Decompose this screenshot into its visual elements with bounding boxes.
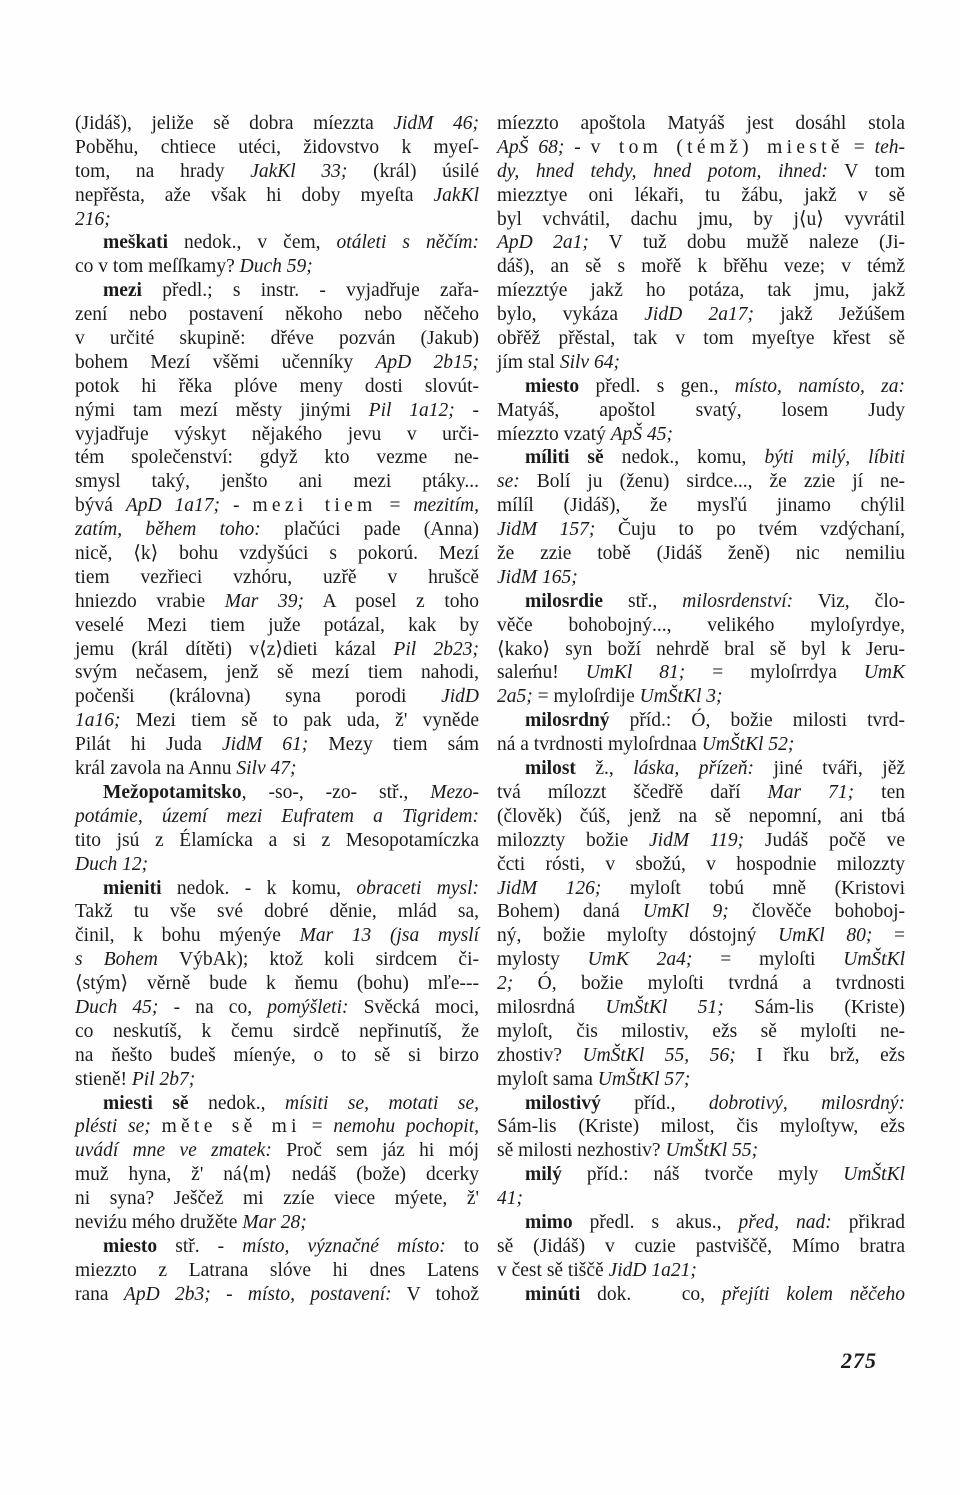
text-segment: = myloſrdije bbox=[533, 686, 640, 707]
text-line: tvá mílozzt ščedřě daří Mar 71; ten bbox=[497, 781, 905, 805]
text-segment: ⟨stým⟩ věrně bude k ňemu (bohu) mľe--- bbox=[75, 973, 479, 994]
text-segment: nedok., bbox=[189, 1093, 285, 1114]
text-segment: stř. - bbox=[157, 1236, 242, 1257]
text-segment: bylo, vykáza bbox=[497, 304, 644, 325]
text-segment: obřěž přěstal, tak v tom myeſtye křest s… bbox=[497, 328, 905, 349]
text-segment: Viz, člo- bbox=[793, 591, 905, 612]
text-line: co neskutíš, k čemu sirdcě nepřinutíš, ž… bbox=[75, 1020, 479, 1044]
text-line: míezzto vzatý ApŠ 45; bbox=[497, 423, 905, 447]
dictionary-column-left: (Jidáš), jeliže sě dobra míezzta JidM 46… bbox=[75, 112, 479, 1307]
text-line: v určité skupině: dřéve pozván (Jakub) bbox=[75, 327, 479, 351]
text-segment: myloſt tobú mně (Kristovi bbox=[601, 878, 905, 899]
text-line: že zzie tobě (Jidáš ženě) nic nemiliu bbox=[497, 542, 905, 566]
text-line: byl vchvátil, dachu jmu, by j⟨u⟩ vyvráti… bbox=[497, 208, 905, 232]
text-line: Takž tu vše své dobré děnie, mlád sa, bbox=[75, 900, 479, 924]
text-segment: V tuž dobu mužě naleze (Ji- bbox=[589, 232, 905, 253]
text-line: miesto předl. s gen., místo, namísto, za… bbox=[497, 375, 905, 399]
text-segment: stř., bbox=[603, 591, 682, 612]
text-segment: přejíti kolem něčeho bbox=[722, 1284, 905, 1305]
text-segment: ApD 2a1; bbox=[497, 232, 589, 253]
text-line: uvádí mne ve zmatek: Proč sem jáz hi mój bbox=[75, 1139, 479, 1163]
text-line: 1a16; Mezi tiem sě to pak uda, ž' vyněde bbox=[75, 709, 479, 733]
text-line: svým nečasem, jenž sě mezí tiem nahodi, bbox=[75, 661, 479, 685]
text-segment: = myloſrrdya bbox=[685, 662, 864, 683]
text-segment: láska, přízeň: bbox=[633, 758, 754, 779]
text-segment: král zavola na Annu bbox=[75, 758, 236, 779]
text-segment: Mar 39; bbox=[225, 591, 304, 612]
text-segment: vyjadřuje výskyt nějakého jevu v urči- bbox=[75, 424, 479, 445]
text-line: tém společenství: gdyž kto vezme ne- bbox=[75, 446, 479, 470]
text-segment: Mezi tiem sě to pak uda, ž' vyněde bbox=[121, 710, 480, 731]
text-segment: V tom bbox=[828, 161, 905, 182]
text-segment: ApŠ 68; bbox=[497, 137, 564, 158]
text-segment: V tohož bbox=[392, 1284, 479, 1305]
text-segment: Pil 2b7; bbox=[132, 1069, 195, 1090]
dictionary-column-right: míezzto apoštola Matyáš jest dosáhl stol… bbox=[497, 112, 905, 1307]
text-line: ⟨kako⟩ syn boží nehrdě bral sě byl k Jer… bbox=[497, 638, 905, 662]
text-line: hniezdo vrabie Mar 39; A posel z toho bbox=[75, 590, 479, 614]
text-segment: Mar 28; bbox=[242, 1212, 306, 1233]
text-segment: smysl taký, jenšto ani mezi ptáky... bbox=[75, 471, 479, 492]
text-line: JidM 157; Čuju to po tvém vzdýchaní, bbox=[497, 518, 905, 542]
text-segment: UmKl 80; bbox=[778, 925, 872, 946]
text-line: zhostiv? UmŠtKl 55, 56; I řku brž, ežs bbox=[497, 1044, 905, 1068]
text-line: JidM 126; myloſt tobú mně (Kristovi bbox=[497, 877, 905, 901]
headword: minúti bbox=[525, 1284, 580, 1305]
text-segment: předl.; s instr. - vyjadřuje zařa- bbox=[142, 280, 479, 301]
text-line: milostivý příd., dobrotivý, milosrdný: bbox=[497, 1092, 905, 1116]
text-segment: jiné tváři, jěž bbox=[754, 758, 905, 779]
text-line: 41; bbox=[497, 1187, 905, 1211]
text-segment: UmŠtKl 55, 56; bbox=[583, 1045, 736, 1066]
text-line: ApD 2a1; V tuž dobu mužě naleze (Ji- bbox=[497, 231, 905, 255]
text-segment: měte sě mi bbox=[162, 1116, 301, 1137]
text-segment: (Jidáš), jeliže sě dobra míezzta bbox=[75, 113, 393, 134]
text-segment: JidM 61; bbox=[222, 734, 308, 755]
text-segment: (člověk) čúš, jenž na sě nepomní, ani tb… bbox=[497, 806, 905, 827]
text-line: věče bohobojný..., velikého myloſyrdye, bbox=[497, 614, 905, 638]
text-segment: ten bbox=[854, 782, 905, 803]
text-line: na ňešto budeš míenýe, o to sě si birzo bbox=[75, 1044, 479, 1068]
text-segment: milosrdná bbox=[497, 997, 606, 1018]
text-segment: jakž Ježúšem bbox=[754, 304, 905, 325]
text-line: se: Bolí ju (ženu) sirdce..., že zzie jí… bbox=[497, 470, 905, 494]
text-segment: místo, namísto, za: bbox=[735, 376, 905, 397]
text-segment: stieně! bbox=[75, 1069, 132, 1090]
text-segment: ⟨kako⟩ syn boží nehrdě bral sě byl k Jer… bbox=[497, 639, 905, 660]
text-line: bývá ApD 1a17; - mezi tiem = mezitím, bbox=[75, 494, 479, 518]
text-line: míezztýe jakž ho potáza, tak jmu, jakž bbox=[497, 279, 905, 303]
text-line: mezi předl.; s instr. - vyjadřuje zařa- bbox=[75, 279, 479, 303]
text-segment: saleḿu! bbox=[497, 662, 586, 683]
text-line: nicě, ⟨k⟩ bohu vzdyšúci s pokorú. Mezí bbox=[75, 542, 479, 566]
text-line: dáš), an sě s mořě k břěhu veze; v témž bbox=[497, 255, 905, 279]
text-line: bohem Mezí všěmi učenníky ApD 2b15; bbox=[75, 351, 479, 375]
text-line: Matyáš, apoštol svatý, losem Judy bbox=[497, 399, 905, 423]
text-segment: Proč sem jáz hi mój bbox=[272, 1140, 479, 1161]
text-segment: = bbox=[377, 495, 414, 516]
text-segment: nými tam mezí městy jinými bbox=[75, 400, 369, 421]
text-segment: ApD 2b15; bbox=[375, 352, 479, 373]
text-segment: předl. s akus., bbox=[573, 1212, 739, 1233]
text-segment: JidM 165; bbox=[497, 567, 578, 588]
text-line: (člověk) čúš, jenž na sě nepomní, ani tb… bbox=[497, 805, 905, 829]
text-segment: otáleti s něčím: bbox=[337, 232, 479, 253]
text-line: 216; bbox=[75, 208, 479, 232]
text-segment: mísiti se, motati se, bbox=[285, 1093, 479, 1114]
text-segment: míezzto apoštola Matyáš jest dosáhl stol… bbox=[497, 113, 905, 134]
headword: miesti sě bbox=[103, 1093, 189, 1114]
text-segment: plésti se; bbox=[75, 1116, 151, 1137]
text-segment: míezzto vzatý bbox=[497, 424, 611, 445]
text-line: mimo předl. s akus., před, nad: přikrad bbox=[497, 1211, 905, 1235]
text-segment: sě (Jidáš) v cuzie pastviščě, Mímo bratr… bbox=[497, 1236, 905, 1257]
text-segment: nepřěsta, aže však hi doby myeſta bbox=[75, 185, 434, 206]
text-segment: počenši (královna) syna porodi bbox=[75, 686, 441, 707]
text-line: zatím, během toho: plačúci pade (Anna) bbox=[75, 518, 479, 542]
text-line: míezzto apoštola Matyáš jest dosáhl stol… bbox=[497, 112, 905, 136]
text-segment: JakKl bbox=[434, 185, 479, 206]
headword: Mežopotamitsko bbox=[103, 782, 242, 803]
text-line: dy, hned tehdy, hned potom, ihned: V tom bbox=[497, 160, 905, 184]
text-segment: teh- bbox=[875, 137, 905, 158]
text-line: mylosty UmK 2a4; = myloſti UmŠtKl bbox=[497, 948, 905, 972]
text-segment: tiem vezřieci vzhóru, uzřě v hrušcě bbox=[75, 567, 479, 588]
text-line: Bohem) daná UmKl 9; člověče bohoboj- bbox=[497, 900, 905, 924]
text-segment: Bohem) daná bbox=[497, 901, 643, 922]
text-line: v čest sě tiščě JidD 1a21; bbox=[497, 1259, 905, 1283]
text-segment: nedok., komu, bbox=[604, 447, 765, 468]
text-segment: co v tom meſſkamy? bbox=[75, 256, 240, 277]
text-segment: Pil 1a12; bbox=[369, 400, 455, 421]
text-segment: to bbox=[446, 1236, 479, 1257]
text-segment: JidM 157; bbox=[497, 519, 595, 540]
text-segment: tvá mílozzt ščedřě daří bbox=[497, 782, 768, 803]
text-line: saleḿu! UmKl 81; = myloſrrdya UmK bbox=[497, 661, 905, 685]
text-line: počenši (královna) syna porodi JidD bbox=[75, 685, 479, 709]
text-segment: mílíl (Jidáš), že mysľú jinamo chýlil bbox=[497, 495, 905, 516]
text-line: zení nebo postavení někoho nebo něčeho bbox=[75, 303, 479, 327]
text-segment: - bbox=[455, 400, 479, 421]
text-line: Poběhu, chtiece utéci, židovstvo k myeſ- bbox=[75, 136, 479, 160]
text-line: miesti sě nedok., mísiti se, motati se, bbox=[75, 1092, 479, 1116]
text-segment: rana bbox=[75, 1284, 124, 1305]
text-segment: tito jsú z Élamícka a si z Mesopotamíczk… bbox=[75, 830, 479, 851]
text-segment: příd.: náš tvorče myly bbox=[562, 1164, 843, 1185]
text-segment: = bbox=[301, 1116, 334, 1137]
text-segment: UmKl 81; bbox=[586, 662, 686, 683]
text-segment: UmŠtKl 3; bbox=[640, 686, 723, 707]
text-segment: jemu (král dítěti) v⟨z⟩dieti kázal bbox=[75, 639, 393, 660]
text-segment: nedok., v čem, bbox=[168, 232, 337, 253]
text-segment: UmŠtKl 55; bbox=[665, 1140, 758, 1161]
headword: mezi bbox=[103, 280, 142, 301]
headword: míliti sě bbox=[525, 447, 604, 468]
text-segment: Duch 59; bbox=[240, 256, 313, 277]
text-segment: muž hyna, ž' ná⟨m⟩ nedáš (bože) dcerky bbox=[75, 1164, 479, 1185]
text-line: smysl taký, jenšto ani mezi ptáky... bbox=[75, 470, 479, 494]
text-segment: Sám-lis (Kriste) milost, čis myloſtyw, e… bbox=[497, 1116, 905, 1137]
text-segment: UmK bbox=[864, 662, 905, 683]
text-segment: svým nečasem, jenž sě mezí tiem nahodi, bbox=[75, 662, 479, 683]
text-segment: Poběhu, chtiece utéci, židovstvo k myeſ- bbox=[75, 137, 479, 158]
text-line: meškati nedok., v čem, otáleti s něčím: bbox=[75, 231, 479, 255]
text-line: jím stal Silv 64; bbox=[497, 351, 905, 375]
text-segment: milosrdenství: bbox=[682, 591, 793, 612]
text-line: (Jidáš), jeliže sě dobra míezzta JidM 46… bbox=[75, 112, 479, 136]
text-line: myloſt sama UmŠtKl 57; bbox=[497, 1068, 905, 1092]
text-segment: zatím, během toho: bbox=[75, 519, 261, 540]
page-number: 275 bbox=[841, 1348, 877, 1374]
text-line: jemu (král dítěti) v⟨z⟩dieti kázal Pil 2… bbox=[75, 638, 479, 662]
text-segment: ApD 2b3; bbox=[124, 1284, 211, 1305]
text-segment: (král) úsilé bbox=[347, 161, 479, 182]
text-line: milosrdie stř., milosrdenství: Viz, člo- bbox=[497, 590, 905, 614]
text-line: Pilát hi Juda JidM 61; Mezy tiem sám bbox=[75, 733, 479, 757]
text-segment: UmŠtKl bbox=[843, 1164, 905, 1185]
text-line: 2; Ó, božie myloſti tvrdná a tvrdnosti bbox=[497, 972, 905, 996]
text-segment: Svěcká moci, bbox=[348, 997, 479, 1018]
text-segment: příd.: Ó, božie milosti tvrd- bbox=[610, 710, 905, 731]
text-segment: před, nad: bbox=[738, 1212, 831, 1233]
text-segment: - bbox=[211, 1284, 248, 1305]
text-segment: JidM 46; bbox=[393, 113, 479, 134]
text-segment: zení nebo postavení někoho nebo něčeho bbox=[75, 304, 479, 325]
text-segment: býti milý, líbiti bbox=[764, 447, 905, 468]
text-segment: v tom (témž) miestě bbox=[591, 137, 844, 158]
text-segment: ApD 1a17; bbox=[126, 495, 220, 516]
headword: milostivý bbox=[525, 1093, 601, 1114]
text-line: nými tam mezí městy jinými Pil 1a12; - bbox=[75, 399, 479, 423]
text-segment: v určité skupině: dřéve pozván (Jakub) bbox=[75, 328, 479, 349]
text-segment: - bbox=[220, 495, 252, 516]
text-segment: Judáš počě ve bbox=[744, 830, 905, 851]
text-line: tiem vezřieci vzhóru, uzřě v hrušcě bbox=[75, 566, 479, 590]
text-line: potok hi řěka plóve meny dosti slovút- bbox=[75, 375, 479, 399]
text-segment: Matyáš, apoštol svatý, losem Judy bbox=[497, 400, 905, 421]
text-segment: na ňešto budeš míenýe, o to sě si birzo bbox=[75, 1045, 479, 1066]
text-segment: myloſt sama bbox=[497, 1069, 598, 1090]
text-segment: obraceti mysl: bbox=[356, 878, 479, 899]
text-line: král zavola na Annu Silv 47; bbox=[75, 757, 479, 781]
text-line: Sám-lis (Kriste) milost, čis myloſtyw, e… bbox=[497, 1115, 905, 1139]
text-segment: zhostiv? bbox=[497, 1045, 583, 1066]
text-segment: UmŠtKl bbox=[843, 949, 905, 970]
text-segment: potámie, území mezi Eufratem a Tigridem: bbox=[75, 806, 479, 827]
text-segment: JidM 126; bbox=[497, 878, 601, 899]
text-segment: JidD 1a21; bbox=[609, 1260, 697, 1281]
headword: milosrdie bbox=[525, 591, 603, 612]
text-segment: věče bohobojný..., velikého myloſyrdye, bbox=[497, 615, 905, 636]
text-segment: A posel z toho bbox=[304, 591, 479, 612]
text-segment: 2; bbox=[497, 973, 513, 994]
text-segment bbox=[151, 1116, 162, 1137]
text-segment: dy, hned tehdy, hned potom, ihned: bbox=[497, 161, 828, 182]
headword: miesto bbox=[525, 376, 579, 397]
text-line: bylo, vykáza JidD 2a17; jakž Ježúšem bbox=[497, 303, 905, 327]
text-segment: UmKl 9; bbox=[643, 901, 729, 922]
text-segment: ApŠ 45; bbox=[611, 424, 673, 445]
text-line: Mežopotamitsko, -so-, -zo- stř., Mezo- bbox=[75, 781, 479, 805]
headword: milosrdný bbox=[525, 710, 610, 731]
text-segment: dobrotivý, milosrdný: bbox=[709, 1093, 905, 1114]
text-segment: ná a tvrdnosti myloſrdnaa bbox=[497, 734, 702, 755]
text-segment: člověče bohoboj- bbox=[729, 901, 905, 922]
text-segment: UmŠtKl 52; bbox=[702, 734, 795, 755]
text-line: tito jsú z Élamícka a si z Mesopotamíczk… bbox=[75, 829, 479, 853]
text-segment: Bolí ju (ženu) sirdce..., že zzie jí ne- bbox=[520, 471, 905, 492]
text-segment: pomýšleti: bbox=[267, 997, 348, 1018]
text-line: veselé Mezi tiem juže potázal, kak by bbox=[75, 614, 479, 638]
text-line: milost ž., láska, přízeň: jiné tváři, jě… bbox=[497, 757, 905, 781]
text-segment: Pil 2b23; bbox=[393, 639, 479, 660]
text-line: sě (Jidáš) v cuzie pastviščě, Mímo bratr… bbox=[497, 1235, 905, 1259]
text-line: potámie, území mezi Eufratem a Tigridem: bbox=[75, 805, 479, 829]
text-segment: I řku brž, ežs bbox=[736, 1045, 905, 1066]
text-segment: 41; bbox=[497, 1188, 523, 1209]
text-segment: činil, k bohu mýenýe bbox=[75, 925, 300, 946]
text-segment: UmK 2a4; bbox=[588, 949, 693, 970]
text-segment: Sám-lis (Kriste) bbox=[724, 997, 905, 1018]
text-segment: VýbAk); ktož koli sirdcem či- bbox=[179, 949, 479, 970]
text-segment: ný, božie myloſty dóstojný bbox=[497, 925, 778, 946]
text-line: ApŠ 68; - v tom (témž) miestě = teh- bbox=[497, 136, 905, 160]
text-segment: = bbox=[844, 137, 875, 158]
text-segment: nedok. - k komu, bbox=[162, 878, 357, 899]
text-segment: příd., bbox=[601, 1093, 709, 1114]
headword: meškati bbox=[103, 232, 168, 253]
text-segment: = myloſti bbox=[692, 949, 843, 970]
text-segment: UmŠtKl 51; bbox=[606, 997, 724, 1018]
text-line: myloſt, čis milostiv, ežs sě myloſti ne- bbox=[497, 1020, 905, 1044]
text-line: Duch 45; - na co, pomýšleti: Svěcká moci… bbox=[75, 996, 479, 1020]
text-segment: Čuju to po tvém vzdýchaní, bbox=[595, 519, 905, 540]
text-line: ni syna? Ješčež mi zzíe viece mýete, ž' bbox=[75, 1187, 479, 1211]
text-line: Duch 12; bbox=[75, 853, 479, 877]
text-segment: uvádí mne ve zmatek: bbox=[75, 1140, 272, 1161]
text-segment: mylosty bbox=[497, 949, 588, 970]
text-line: rana ApD 2b3; - místo, postavení: V toho… bbox=[75, 1283, 479, 1307]
text-segment: Duch 12; bbox=[75, 854, 148, 875]
text-line: neviźu mého družěte Mar 28; bbox=[75, 1211, 479, 1235]
text-line: milosrdný příd.: Ó, božie milosti tvrd- bbox=[497, 709, 905, 733]
text-segment: nemohu pochopit, bbox=[333, 1116, 479, 1137]
text-segment: co neskutíš, k čemu sirdcě nepřinutíš, ž… bbox=[75, 1021, 479, 1042]
text-line: mílíl (Jidáš), že mysľú jinamo chýlil bbox=[497, 494, 905, 518]
text-segment: předl. s gen., bbox=[579, 376, 735, 397]
text-line: vyjadřuje výskyt nějakého jevu v urči- bbox=[75, 423, 479, 447]
text-line: muž hyna, ž' ná⟨m⟩ nedáš (bože) dcerky bbox=[75, 1163, 479, 1187]
text-line: sě milosti nezhostiv? UmŠtKl 55; bbox=[497, 1139, 905, 1163]
text-line: stieně! Pil 2b7; bbox=[75, 1068, 479, 1092]
text-segment: Silv 64; bbox=[560, 352, 620, 373]
headword: milost bbox=[525, 758, 576, 779]
text-line: milý příd.: náš tvorče myly UmŠtKl bbox=[497, 1163, 905, 1187]
text-segment: miezztye oni lékaři, tu žábu, jakž v sě bbox=[497, 185, 905, 206]
headword: mimo bbox=[525, 1212, 573, 1233]
text-line: míliti sě nedok., komu, býti milý, líbit… bbox=[497, 446, 905, 470]
text-segment: místo, význačné místo: bbox=[242, 1236, 446, 1257]
text-segment: 1a16; bbox=[75, 710, 121, 731]
text-segment: tém společenství: gdyž kto vezme ne- bbox=[75, 447, 479, 468]
text-segment: mezi tiem bbox=[252, 495, 376, 516]
text-segment: Mar 71; bbox=[768, 782, 855, 803]
text-line: plésti se; měte sě mi = nemohu pochopit, bbox=[75, 1115, 479, 1139]
text-line: 2a5; = myloſrdije UmŠtKl 3; bbox=[497, 685, 905, 709]
text-segment: tom, na hrady bbox=[75, 161, 250, 182]
text-segment: čcti rósti, v sbožú, v hospodnie milozzt… bbox=[497, 854, 905, 875]
text-segment: Duch 45; bbox=[75, 997, 158, 1018]
text-segment: neviźu mého družěte bbox=[75, 1212, 242, 1233]
headword: milý bbox=[525, 1164, 562, 1185]
text-line: s Bohem VýbAk); ktož koli sirdcem či- bbox=[75, 948, 479, 972]
text-segment: Mezo- bbox=[430, 782, 479, 803]
text-segment: UmŠtKl 57; bbox=[598, 1069, 691, 1090]
text-line: nepřěsta, aže však hi doby myeſta JakKl bbox=[75, 184, 479, 208]
headword: mieniti bbox=[103, 878, 162, 899]
text-segment: - bbox=[564, 137, 590, 158]
text-line: tom, na hrady JakKl 33; (král) úsilé bbox=[75, 160, 479, 184]
text-line: obřěž přěstal, tak v tom myeſtye křest s… bbox=[497, 327, 905, 351]
text-line: minúti dok. co, přejíti kolem něčeho bbox=[497, 1283, 905, 1307]
text-segment: - na co, bbox=[158, 997, 267, 1018]
text-segment: milozzty božie bbox=[497, 830, 649, 851]
text-segment: hniezdo vrabie bbox=[75, 591, 225, 612]
text-line: čcti rósti, v sbožú, v hospodnie milozzt… bbox=[497, 853, 905, 877]
text-segment: Mar 13 (jsa myslí bbox=[300, 925, 479, 946]
text-line: co v tom meſſkamy? Duch 59; bbox=[75, 255, 479, 279]
text-segment: 216; bbox=[75, 209, 111, 230]
text-line: JidM 165; bbox=[497, 566, 905, 590]
text-segment: JidD bbox=[441, 686, 479, 707]
text-segment: nicě, ⟨k⟩ bohu vzdyšúci s pokorú. Mezí bbox=[75, 543, 479, 564]
text-segment: Takž tu vše své dobré děnie, mlád sa, bbox=[75, 901, 479, 922]
text-segment: dok. co, bbox=[580, 1284, 722, 1305]
text-segment: myloſt, čis milostiv, ežs sě myloſti ne- bbox=[497, 1021, 905, 1042]
text-segment: bohem Mezí všěmi učenníky bbox=[75, 352, 375, 373]
text-segment: místo, postavení: bbox=[248, 1284, 392, 1305]
text-segment: JidD 2a17; bbox=[644, 304, 754, 325]
text-segment: že zzie tobě (Jidáš ženě) nic nemiliu bbox=[497, 543, 905, 564]
headword: miesto bbox=[103, 1236, 157, 1257]
text-segment: Pilát hi Juda bbox=[75, 734, 222, 755]
text-line: ⟨stým⟩ věrně bude k ňemu (bohu) mľe--- bbox=[75, 972, 479, 996]
text-line: milozzty božie JidM 119; Judáš počě ve bbox=[497, 829, 905, 853]
text-segment: = bbox=[872, 925, 905, 946]
text-line: miezzto z Latrana slóve hi dnes Latens bbox=[75, 1259, 479, 1283]
text-segment: 2a5; bbox=[497, 686, 533, 707]
text-segment: s Bohem bbox=[75, 949, 179, 970]
text-line: činil, k bohu mýenýe Mar 13 (jsa myslí bbox=[75, 924, 479, 948]
text-segment: Mezy tiem sám bbox=[308, 734, 479, 755]
text-line: ný, božie myloſty dóstojný UmKl 80; = bbox=[497, 924, 905, 948]
text-segment: JidM 119; bbox=[649, 830, 744, 851]
text-line: miesto stř. - místo, význačné místo: to bbox=[75, 1235, 479, 1259]
text-segment: ni syna? Ješčež mi zzíe viece mýete, ž' bbox=[75, 1188, 479, 1209]
text-segment: ž., bbox=[576, 758, 633, 779]
text-segment: Silv 47; bbox=[236, 758, 296, 779]
text-segment: dáš), an sě s mořě k břěhu veze; v témž bbox=[497, 256, 905, 277]
text-segment: se: bbox=[497, 471, 520, 492]
text-segment: plačúci pade (Anna) bbox=[261, 519, 479, 540]
text-segment: v čest sě tiščě bbox=[497, 1260, 609, 1281]
text-segment: byl vchvátil, dachu jmu, by j⟨u⟩ vyvráti… bbox=[497, 209, 905, 230]
text-segment: jím stal bbox=[497, 352, 560, 373]
text-line: milosrdná UmŠtKl 51; Sám-lis (Kriste) bbox=[497, 996, 905, 1020]
text-segment: veselé Mezi tiem juže potázal, kak by bbox=[75, 615, 479, 636]
text-segment: míezztýe jakž ho potáza, tak jmu, jakž bbox=[497, 280, 905, 301]
dictionary-page: (Jidáš), jeliže sě dobra míezzta JidM 46… bbox=[0, 0, 960, 1495]
